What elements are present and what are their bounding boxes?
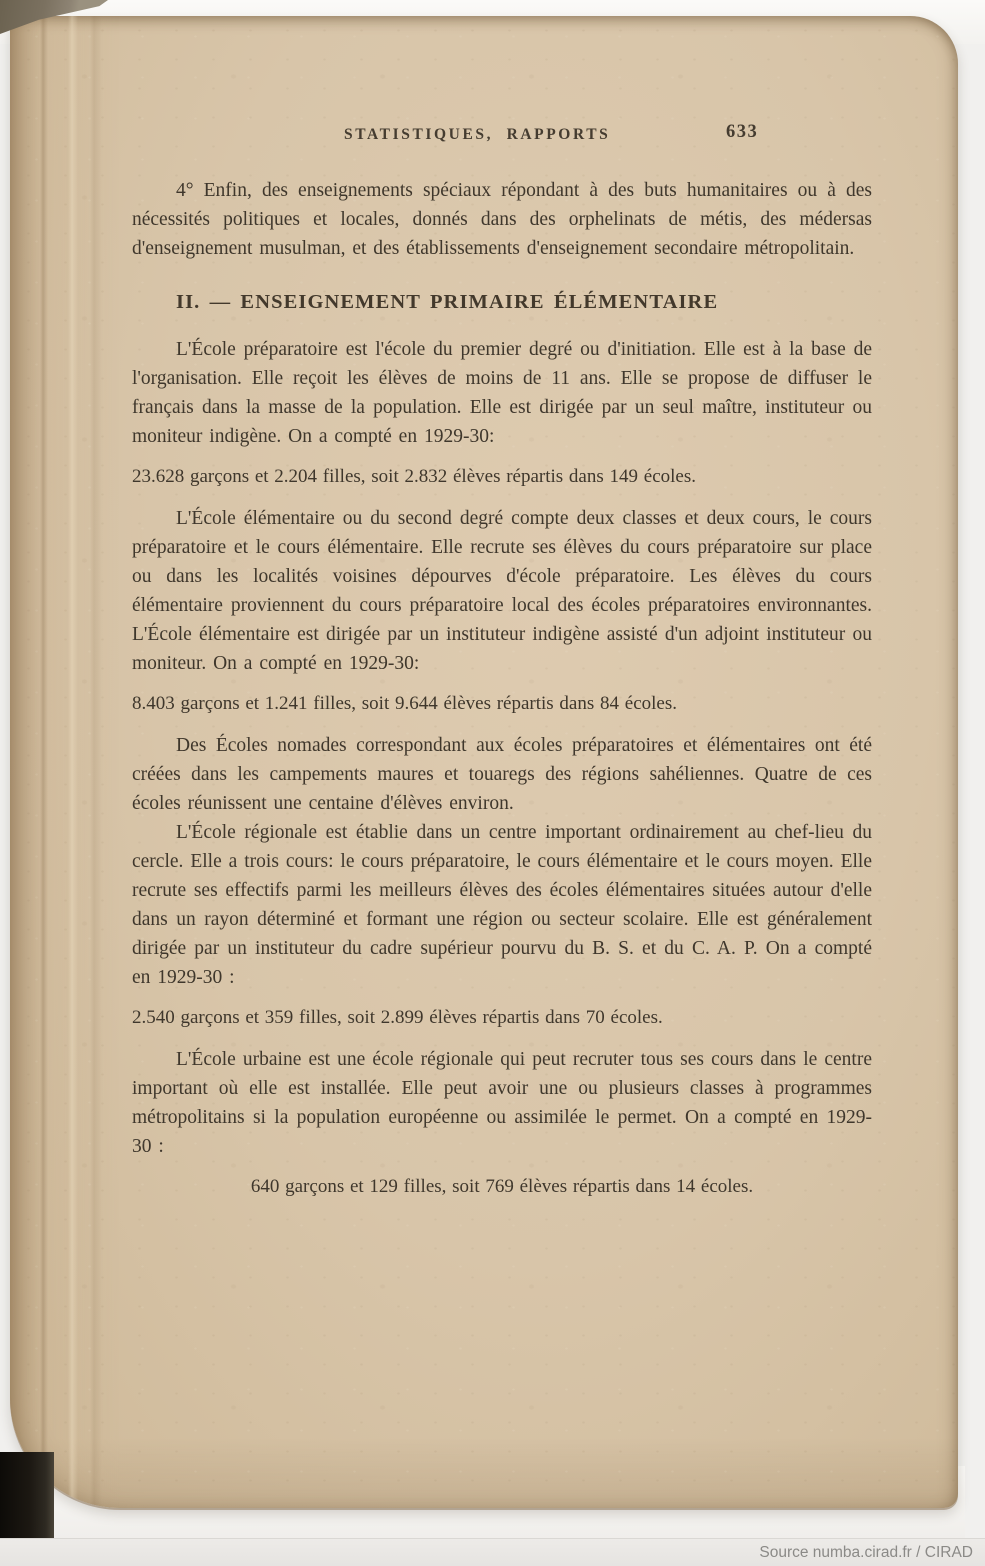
scanned-book-page-view: STATISTIQUES, RAPPORTS 633 4° Enfin, des… <box>0 0 985 1566</box>
section-heading: II. — ENSEIGNEMENT PRIMAIRE ÉLÉMENTAIRE <box>132 288 872 317</box>
stats-ecole-preparatoire: 23.628 garçons et 2.204 filles, soit 2.8… <box>132 462 872 491</box>
stats-ecole-urbaine: 640 garçons et 129 filles, soit 769 élèv… <box>132 1172 872 1201</box>
book-cover-black-edge <box>0 1452 54 1542</box>
paragraph-ecole-elementaire: L'École élémentaire ou du second degré c… <box>132 504 872 678</box>
book-page: STATISTIQUES, RAPPORTS 633 4° Enfin, des… <box>10 16 958 1508</box>
paragraph-ecole-urbaine: L'École urbaine est une école régionale … <box>132 1045 872 1161</box>
stats-ecole-regionale: 2.540 garçons et 359 filles, soit 2.899 … <box>132 1003 872 1032</box>
stats-ecole-elementaire: 8.403 garçons et 1.241 filles, soit 9.64… <box>132 689 872 718</box>
paragraph-ecole-preparatoire: L'École préparatoire est l'école du prem… <box>132 335 872 451</box>
source-footer-bar: Source numba.cirad.fr / CIRAD <box>0 1538 985 1566</box>
intro-paragraph: 4° Enfin, des enseignements spéciaux rép… <box>132 176 872 263</box>
source-attribution-text: Source numba.cirad.fr / CIRAD <box>759 1544 973 1562</box>
running-title: STATISTIQUES, RAPPORTS <box>344 120 610 149</box>
page-header: STATISTIQUES, RAPPORTS 633 <box>132 116 872 148</box>
paragraph-ecoles-nomades: Des Écoles nomades correspondant aux éco… <box>132 731 872 818</box>
page-text-column: STATISTIQUES, RAPPORTS 633 4° Enfin, des… <box>132 116 872 1214</box>
paragraph-ecole-regionale: L'École régionale est établie dans un ce… <box>132 818 872 992</box>
page-number: 633 <box>726 118 758 147</box>
